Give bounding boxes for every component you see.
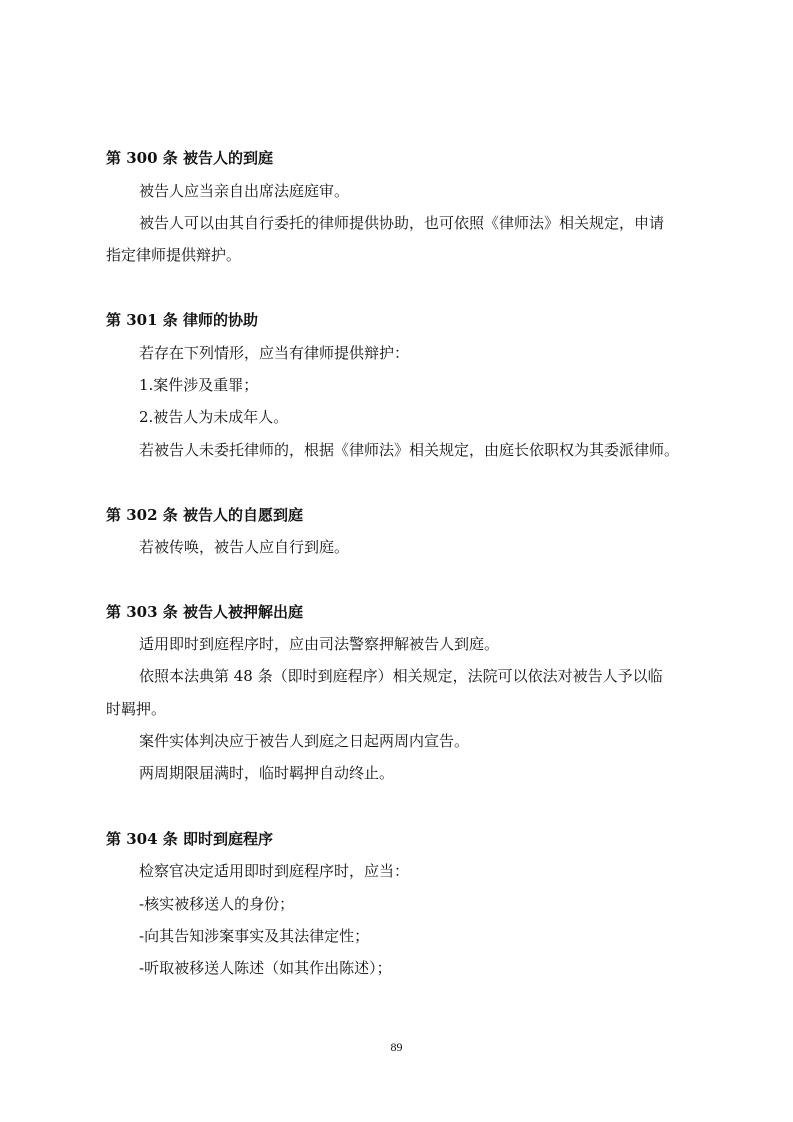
article-303-paragraph-3: 案件实体判决应于被告人到庭之日起两周内宣告。 (139, 731, 469, 751)
article-304-list-item-2: -向其告知涉案事实及其法律定性； (139, 926, 369, 946)
article-301-list-item-2: 2.被告人为未成年人。 (139, 407, 288, 427)
article-304-list-item-1: -核实被移送人的身份； (139, 894, 294, 914)
article-300-paragraph-1: 被告人应当亲自出席法庭庭审。 (139, 181, 349, 201)
article-302-heading: 第 302 条 被告人的自愿到庭 (106, 505, 303, 525)
article-303-paragraph-2: 依照本法典第 48 条（即时到庭程序）相关规定，法院可以依法对被告人予以临 (139, 666, 663, 686)
page-number: 89 (0, 1040, 793, 1055)
article-300-paragraph-2-cont: 指定律师提供辩护。 (106, 245, 241, 265)
article-300-heading: 第 300 条 被告人的到庭 (106, 148, 273, 168)
article-301-heading: 第 301 条 律师的协助 (106, 310, 258, 330)
article-303-heading: 第 303 条 被告人被押解出庭 (106, 602, 303, 622)
article-304-heading: 第 304 条 即时到庭程序 (106, 829, 273, 849)
article-301-paragraph-1: 若存在下列情形，应当有律师提供辩护： (139, 343, 409, 363)
article-303-paragraph-1: 适用即时到庭程序时，应由司法警察押解被告人到庭。 (139, 634, 499, 654)
article-304-paragraph-1: 检察官决定适用即时到庭程序时，应当： (139, 861, 409, 881)
article-302-paragraph-1: 若被传唤，被告人应自行到庭。 (139, 537, 349, 557)
article-303-paragraph-2-cont: 时羁押。 (106, 699, 166, 719)
article-304-list-item-3: -听取被移送人陈述（如其作出陈述）； (139, 958, 392, 978)
article-300-paragraph-2: 被告人可以由其自行委托的律师提供协助，也可依照《律师法》相关规定，申请 (139, 213, 664, 233)
article-301-list-item-1: 1.案件涉及重罪； (139, 375, 258, 395)
article-301-paragraph-2: 若被告人未委托律师的，根据《律师法》相关规定，由庭长依职权为其委派律师。 (139, 440, 679, 460)
article-303-paragraph-4: 两周期限届满时，临时羁押自动终止。 (139, 763, 394, 783)
